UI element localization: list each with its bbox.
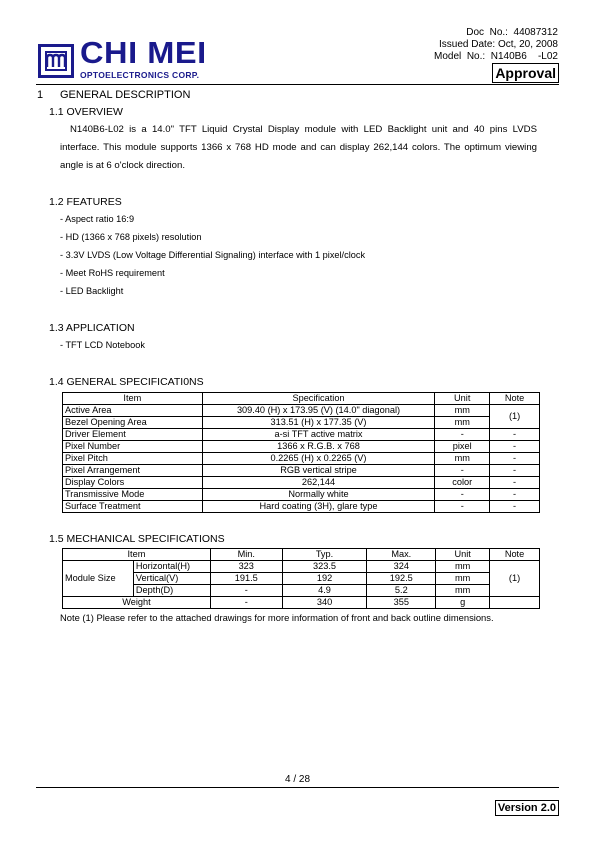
group-label-cell: Module Size (63, 561, 134, 597)
mech-specs-heading: 1.5 MECHANICAL SPECIFICATIONS (49, 533, 225, 545)
table-row: Transmissive Mode Normally white - - (63, 489, 540, 501)
item-cell: Pixel Arrangement (63, 465, 203, 477)
mech-specs-table: Item Min. Typ. Max. Unit Note Module Siz… (62, 548, 540, 609)
table-row: Pixel Arrangement RGB vertical stripe - … (63, 465, 540, 477)
unit-cell: - (435, 429, 490, 441)
section-number: 1 (37, 89, 43, 101)
spec-cell: Hard coating (3H), glare type (202, 501, 435, 513)
note-cell: (1) (490, 405, 540, 429)
table-row: Depth(D) - 4.9 5.2 mm (63, 585, 540, 597)
header-cell: Unit (435, 393, 490, 405)
table-row: Pixel Number 1366 x R.G.B. x 768 pixel - (63, 441, 540, 453)
spec-cell: 1366 x R.G.B. x 768 (202, 441, 435, 453)
features-heading: 1.2 FEATURES (49, 196, 122, 208)
table-row: Display Colors 262,144 color - (63, 477, 540, 489)
header-cell: Item (63, 549, 211, 561)
version-label: Version 2.0 (495, 800, 559, 816)
unit-cell: - (435, 501, 490, 513)
note-cell: - (490, 429, 540, 441)
overview-heading: 1.1 OVERVIEW (49, 106, 123, 118)
table-row: Active Area 309.40 (H) x 173.95 (V) (14.… (63, 405, 540, 417)
unit-cell: mm (436, 573, 490, 585)
min-cell: 191.5 (210, 573, 282, 585)
overview-paragraph: N140B6-L02 is a 14.0" TFT Liquid Crystal… (60, 121, 537, 175)
item-cell: Vertical(V) (133, 573, 210, 585)
logo-icon (38, 44, 74, 78)
table-row: Bezel Opening Area 313.51 (H) x 177.35 (… (63, 417, 540, 429)
header-cell: Max. (367, 549, 436, 561)
item-cell: Transmissive Mode (63, 489, 203, 501)
table-row: Module Size Horizontal(H) 323 323.5 324 … (63, 561, 540, 573)
table-header-row: Item Specification Unit Note (63, 393, 540, 405)
table-row: Pixel Pitch 0.2265 (H) x 0.2265 (V) mm - (63, 453, 540, 465)
model-number: Model No.: N140B6 -L02 (434, 51, 558, 63)
header-cell: Item (63, 393, 203, 405)
unit-cell: g (436, 597, 490, 609)
spec-cell: 262,144 (202, 477, 435, 489)
note-cell: - (490, 441, 540, 453)
item-cell: Active Area (63, 405, 203, 417)
table-header-row: Item Min. Typ. Max. Unit Note (63, 549, 540, 561)
header-cell: Specification (202, 393, 435, 405)
item-cell: Display Colors (63, 477, 203, 489)
max-cell: 5.2 (367, 585, 436, 597)
item-cell: Bezel Opening Area (63, 417, 203, 429)
header-divider (36, 84, 559, 85)
header-cell: Typ. (282, 549, 367, 561)
item-cell: Weight (63, 597, 211, 609)
unit-cell: mm (436, 561, 490, 573)
header-cell: Note (490, 393, 540, 405)
note-cell: - (490, 489, 540, 501)
unit-cell: mm (435, 405, 490, 417)
unit-cell: pixel (435, 441, 490, 453)
spec-cell: 0.2265 (H) x 0.2265 (V) (202, 453, 435, 465)
spec-cell: 309.40 (H) x 173.95 (V) (14.0" diagonal) (202, 405, 435, 417)
doc-number: Doc No.: 44087312 (466, 27, 558, 39)
typ-cell: 4.9 (282, 585, 367, 597)
overview-text: N140B6-L02 is a 14.0" TFT Liquid Crystal… (60, 124, 537, 171)
company-logo-text: CHI MEI (80, 36, 207, 70)
unit-cell: - (435, 489, 490, 501)
note-cell: - (490, 465, 540, 477)
table-row: Weight - 340 355 g (63, 597, 540, 609)
table-row: Driver Element a-si TFT active matrix - … (63, 429, 540, 441)
issued-date: Issued Date: Oct, 20, 2008 (439, 39, 558, 51)
feature-item: - 3.3V LVDS (Low Voltage Differential Si… (60, 250, 365, 260)
spec-cell: Normally white (202, 489, 435, 501)
header-cell: Note (490, 549, 540, 561)
application-heading: 1.3 APPLICATION (49, 322, 135, 334)
section-title: GENERAL DESCRIPTION (60, 89, 190, 101)
note-cell: - (490, 501, 540, 513)
item-cell: Horizontal(H) (133, 561, 210, 573)
unit-cell: color (435, 477, 490, 489)
table-row: Surface Treatment Hard coating (3H), gla… (63, 501, 540, 513)
item-cell: Pixel Pitch (63, 453, 203, 465)
application-item: - TFT LCD Notebook (60, 340, 145, 350)
unit-cell: mm (435, 453, 490, 465)
footer-divider (36, 787, 559, 788)
general-specs-table: Item Specification Unit Note Active Area… (62, 392, 540, 513)
max-cell: 355 (367, 597, 436, 609)
header-cell: Unit (436, 549, 490, 561)
header-cell: Min. (210, 549, 282, 561)
feature-item: - HD (1366 x 768 pixels) resolution (60, 232, 201, 242)
min-cell: 323 (210, 561, 282, 573)
note-cell: - (490, 453, 540, 465)
feature-item: - Meet RoHS requirement (60, 268, 165, 278)
max-cell: 192.5 (367, 573, 436, 585)
spec-cell: 313.51 (H) x 177.35 (V) (202, 417, 435, 429)
feature-item: - Aspect ratio 16:9 (60, 214, 134, 224)
unit-cell: - (435, 465, 490, 477)
item-cell: Depth(D) (133, 585, 210, 597)
general-specs-heading: 1.4 GENERAL SPECIFICATI0NS (49, 376, 204, 388)
note-cell: - (490, 477, 540, 489)
note-cell: (1) (490, 561, 540, 597)
typ-cell: 323.5 (282, 561, 367, 573)
note-cell (490, 597, 540, 609)
spec-cell: RGB vertical stripe (202, 465, 435, 477)
unit-cell: mm (436, 585, 490, 597)
spec-cell: a-si TFT active matrix (202, 429, 435, 441)
item-cell: Surface Treatment (63, 501, 203, 513)
min-cell: - (210, 597, 282, 609)
max-cell: 324 (367, 561, 436, 573)
typ-cell: 192 (282, 573, 367, 585)
min-cell: - (210, 585, 282, 597)
item-cell: Pixel Number (63, 441, 203, 453)
feature-item: - LED Backlight (60, 286, 123, 296)
unit-cell: mm (435, 417, 490, 429)
page-number: 4 / 28 (0, 774, 595, 785)
mech-note: Note (1) Please refer to the attached dr… (60, 612, 494, 623)
typ-cell: 340 (282, 597, 367, 609)
company-logo-subtext: OPTOELECTRONICS CORP. (80, 70, 199, 80)
item-cell: Driver Element (63, 429, 203, 441)
approval-stamp: Approval (492, 63, 559, 83)
table-row: Vertical(V) 191.5 192 192.5 mm (63, 573, 540, 585)
